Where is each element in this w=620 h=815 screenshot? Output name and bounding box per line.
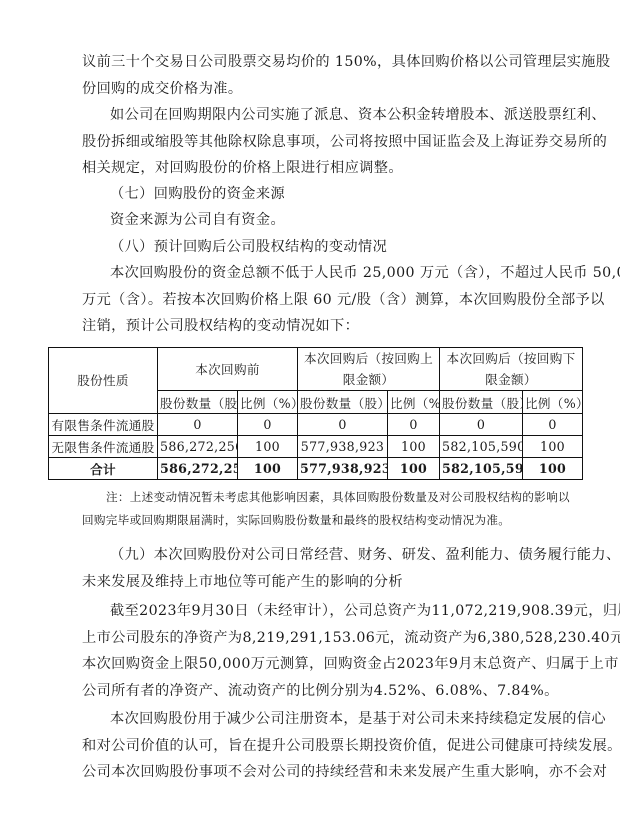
cell-upper-qty: 577,938,923 xyxy=(298,458,388,480)
heading-text: （九）本次回购股份对公司日常经营、财务、研发、盈利能力、债务履行能力、 xyxy=(82,542,552,569)
text-line: 份回购的成交价格为准。 xyxy=(82,76,552,103)
text-line: 本次回购资金上限50,000万元测算，回购资金占2023年9月末总资产、归属于上… xyxy=(82,651,552,678)
text-line: 本次回购股份的资金总额不低于人民币 25,000 万元（含），不超过人民币 50… xyxy=(82,260,552,287)
cell-lower-qty: 582,105,590 xyxy=(440,436,523,458)
table-row: 无限售条件流通股 586,272,256 100 577,938,923 100… xyxy=(49,436,583,458)
text-line: 公司本次回购股份事项不会对公司的持续经营和未来发展产生重大影响，亦不会对 xyxy=(82,759,552,786)
subheader-pct: 比例（%） xyxy=(238,391,298,414)
cell-lower-pct: 100 xyxy=(523,458,583,480)
text-line: 上市公司股东的净资产为8,219,291,153.06元，流动资产为6,380,… xyxy=(82,625,552,652)
header-after-upper: 本次回购后（按回购上限金额） xyxy=(298,348,440,391)
heading-text: （八）预计回购后公司股权结构的变动情况 xyxy=(82,234,552,261)
cell-upper-pct: 100 xyxy=(388,458,440,480)
cell-lower-pct: 100 xyxy=(523,436,583,458)
paragraph-buyback-purpose: 本次回购股份用于减少公司注册资本，是基于对公司未来持续稳定发展的信心 和对公司价… xyxy=(82,706,552,786)
share-structure-table: 股份性质 本次回购前 本次回购后（按回购上限金额） 本次回购后（按回购下限金额）… xyxy=(48,347,583,480)
document-page: 议前三十个交易日公司股票交易均价的 150%，具体回购价格以公司管理层实施股 份… xyxy=(0,0,620,815)
header-after-lower: 本次回购后（按回购下限金额） xyxy=(440,348,583,391)
text-line: 股份拆细或缩股等其他除权除息事项，公司将按照中国证监会及上海证券交易所的 xyxy=(82,129,552,156)
paragraph-fund-source: 资金来源为公司自有资金。 xyxy=(82,207,552,234)
table-total-row: 合计 586,272,256 100 577,938,923 100 582,1… xyxy=(49,458,583,480)
paragraph-price-basis: 议前三十个交易日公司股票交易均价的 150%，具体回购价格以公司管理层实施股 份… xyxy=(82,49,552,102)
subheader-pct: 比例（%） xyxy=(523,391,583,414)
text-line: 和对公司价值的认可，旨在提升公司股票长期投资价值，促进公司健康可持续发展。 xyxy=(82,733,552,760)
text-line: 如公司在回购期限内公司实施了派息、资本公积金转增股本、派送股票红利、 xyxy=(82,102,552,129)
cell-before-pct: 100 xyxy=(238,458,298,480)
paragraph-price-adjustment: 如公司在回购期限内公司实施了派息、资本公积金转增股本、派送股票红利、 股份拆细或… xyxy=(82,102,552,182)
table-note: 注：上述变动情况暂未考虑其他影响因素，具体回购股份数量及对公司股权结构的影响以 … xyxy=(82,486,552,532)
cell-nature: 合计 xyxy=(49,458,158,480)
section-8-heading: （八）预计回购后公司股权结构的变动情况 xyxy=(82,234,552,261)
cell-before-pct: 0 xyxy=(238,414,298,436)
cell-upper-pct: 100 xyxy=(388,436,440,458)
subheader-qty: 股份数量（股） xyxy=(298,391,388,414)
header-share-nature: 股份性质 xyxy=(49,348,158,414)
cell-nature: 无限售条件流通股 xyxy=(49,436,158,458)
header-before-buyback: 本次回购前 xyxy=(158,348,298,391)
cell-lower-qty: 582,105,590 xyxy=(440,458,523,480)
subheader-qty: 股份数量（股） xyxy=(440,391,523,414)
heading-text: （七）回购股份的资金来源 xyxy=(82,181,552,208)
section-9-heading: （九）本次回购股份对公司日常经营、财务、研发、盈利能力、债务履行能力、 未来发展… xyxy=(82,542,552,595)
table-row: 有限售条件流通股 0 0 0 0 0 0 xyxy=(49,414,583,436)
text-line: 相关规定，对回购股份的价格上限进行相应调整。 xyxy=(82,155,552,182)
cell-upper-pct: 0 xyxy=(388,414,440,436)
cell-upper-qty: 577,938,923 xyxy=(298,436,388,458)
text-line: 万元（含）。若按本次回购价格上限 60 元/股（含）测算，本次回购股份全部予以 xyxy=(82,287,552,314)
text-line: 本次回购股份用于减少公司注册资本，是基于对公司未来持续稳定发展的信心 xyxy=(82,706,552,733)
text-line: 注：上述变动情况暂未考虑其他影响因素，具体回购股份数量及对公司股权结构的影响以 xyxy=(82,486,552,509)
cell-before-qty: 0 xyxy=(158,414,238,436)
cell-before-pct: 100 xyxy=(238,436,298,458)
text-line: 注销，预计公司股权结构的变动情况如下： xyxy=(82,313,552,340)
text-line: 公司所有者的净资产、流动资产的比例分别为4.52%、6.08%、7.84%。 xyxy=(82,678,552,705)
table-header-row: 股份性质 本次回购前 本次回购后（按回购上限金额） 本次回购后（按回购下限金额） xyxy=(49,348,583,391)
text-line: 截至2023年9月30日（未经审计），公司总资产为11,072,219,908.… xyxy=(82,598,552,625)
cell-nature: 有限售条件流通股 xyxy=(49,414,158,436)
section-7-heading: （七）回购股份的资金来源 xyxy=(82,181,552,208)
text-line: 回购完毕或回购期限届满时，实际回购股份数量和最终的股权结构变动情况为准。 xyxy=(82,509,552,532)
cell-upper-qty: 0 xyxy=(298,414,388,436)
cell-before-qty: 586,272,256 xyxy=(158,436,238,458)
paragraph-financial-impact: 截至2023年9月30日（未经审计），公司总资产为11,072,219,908.… xyxy=(82,598,552,704)
text-line: 资金来源为公司自有资金。 xyxy=(82,207,552,234)
text-line: 议前三十个交易日公司股票交易均价的 150%，具体回购价格以公司管理层实施股 xyxy=(82,49,552,76)
heading-text: 未来发展及维持上市地位等可能产生的影响的分析 xyxy=(82,569,552,596)
cell-lower-qty: 0 xyxy=(440,414,523,436)
subheader-qty: 股份数量（股） xyxy=(158,391,238,414)
subheader-pct: 比例（%） xyxy=(388,391,440,414)
paragraph-fund-amount: 本次回购股份的资金总额不低于人民币 25,000 万元（含），不超过人民币 50… xyxy=(82,260,552,340)
cell-lower-pct: 0 xyxy=(523,414,583,436)
cell-before-qty: 586,272,256 xyxy=(158,458,238,480)
